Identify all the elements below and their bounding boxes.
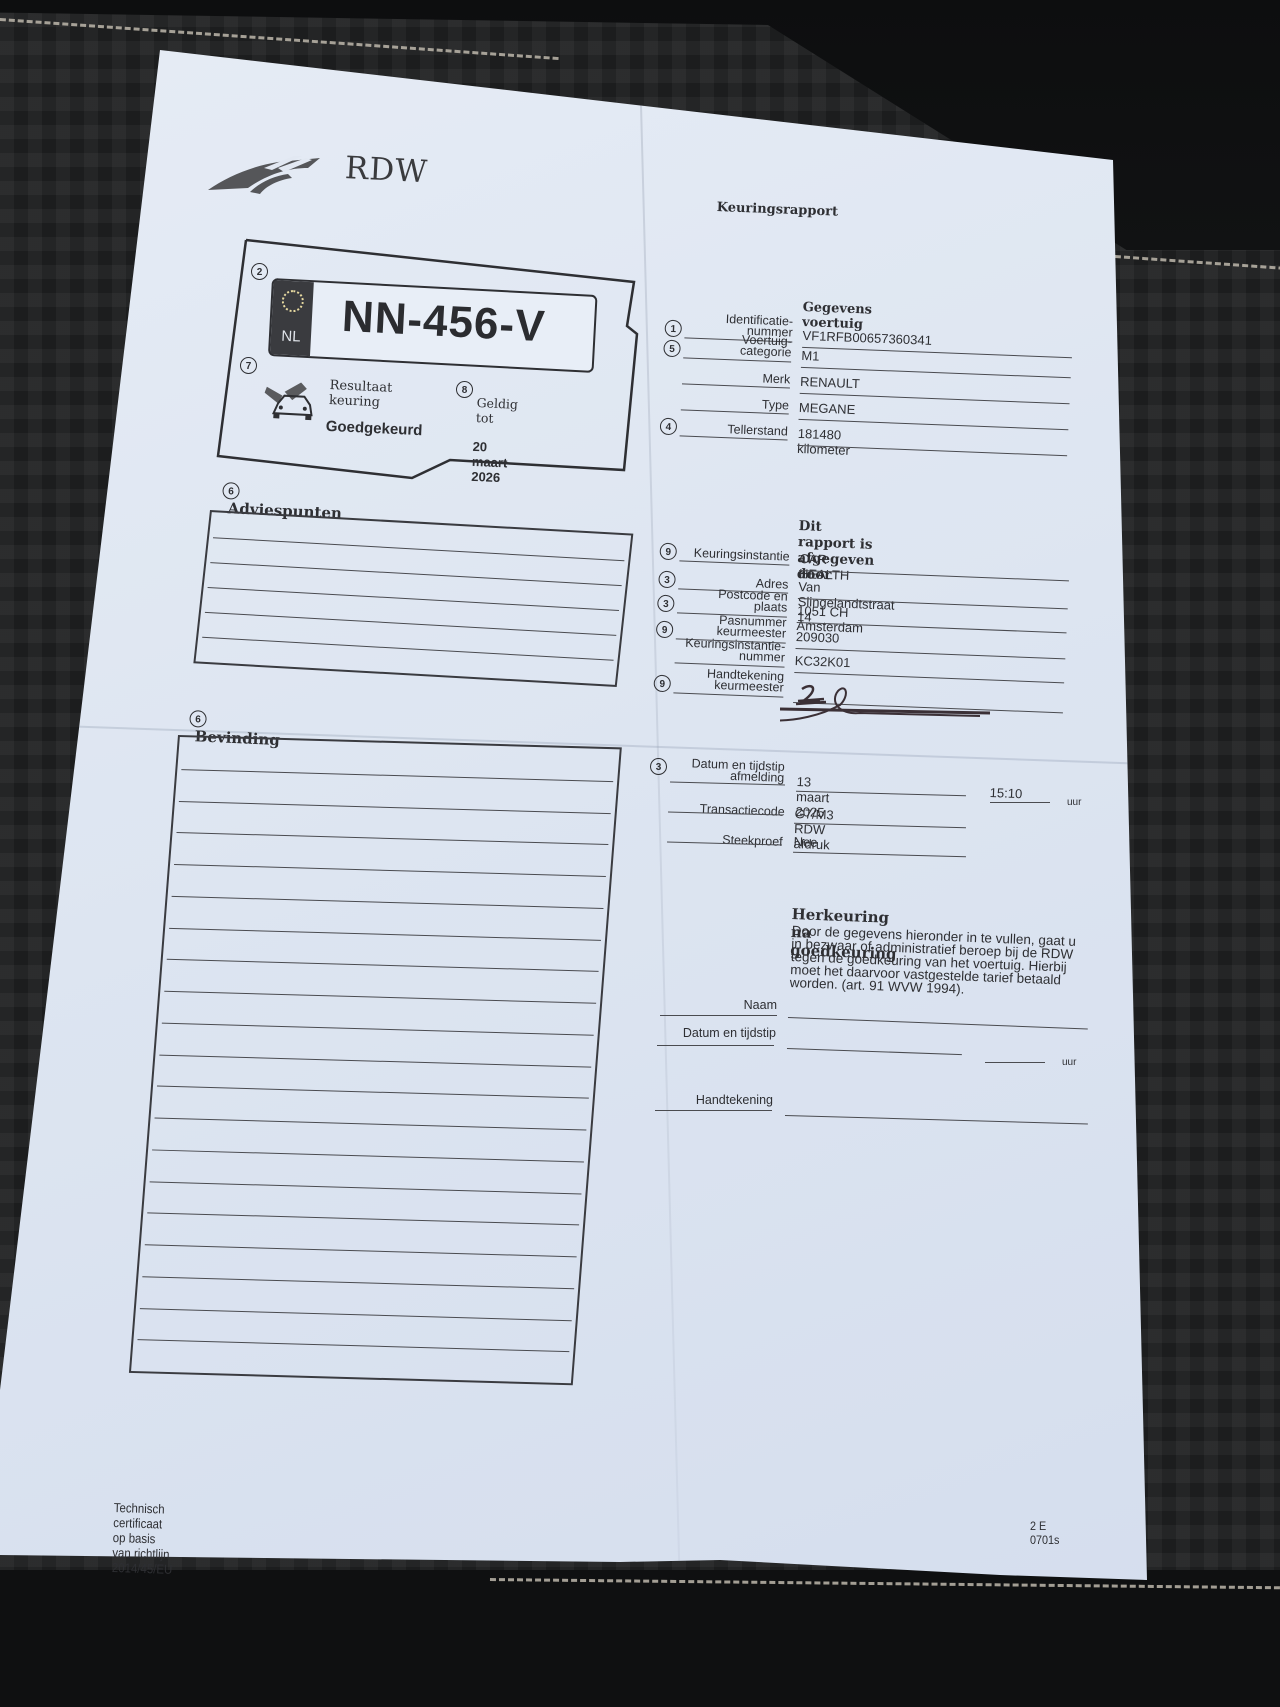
ruled-line — [176, 832, 608, 845]
field-label: Postcode enplaats — [667, 587, 788, 614]
field-value: 209030 — [796, 629, 840, 646]
ruled-line — [205, 612, 616, 636]
registration-time-value: 15:10 — [989, 785, 1022, 801]
summary-frame — [0, 0, 640, 500]
field-label: Voertuig-categorie — [673, 332, 792, 359]
field-label: Keuringsinstantie-nummer — [665, 637, 786, 664]
name-label: Naam — [660, 1000, 777, 1011]
car-approval-icon — [263, 381, 317, 429]
ruled-line — [140, 1308, 572, 1321]
eu-band: NL — [270, 280, 314, 356]
marker-valid: 8 — [456, 380, 473, 398]
field-underline — [657, 1045, 774, 1046]
time-unit: uur — [1062, 1057, 1076, 1068]
time-unit: uur — [1067, 797, 1081, 808]
ruled-line — [169, 927, 601, 940]
result-label: Resultaat keuring — [329, 378, 425, 412]
field-underline — [990, 802, 1050, 803]
ruled-line — [202, 637, 613, 661]
inspector-signature — [780, 683, 1000, 733]
marker-result: 7 — [240, 356, 257, 374]
ruled-line — [213, 537, 624, 561]
field-value: CAR HEALTH — [799, 551, 850, 583]
time-input-line[interactable] — [985, 1062, 1045, 1063]
ruled-line — [208, 587, 619, 611]
datetime-label: Datum en tijdstip — [650, 1028, 776, 1039]
ruled-line — [152, 1149, 584, 1162]
ruled-line — [174, 864, 606, 877]
ruled-line — [167, 959, 599, 972]
ruled-line — [155, 1117, 587, 1130]
sample-value: Nee — [793, 834, 817, 850]
country-code: NL — [271, 327, 312, 346]
ruled-line — [172, 896, 604, 909]
valid-until-label: Geldig tot — [476, 395, 519, 427]
signature-label: Handtekening — [655, 1095, 773, 1106]
ruled-line — [157, 1086, 589, 1099]
field-value: 181480 kilometer — [797, 426, 851, 458]
field-label: Handtekeningkeurmeester — [664, 667, 785, 694]
eu-stars-icon — [281, 290, 304, 313]
field-value: MEGANE — [799, 400, 856, 417]
ruled-line — [164, 991, 596, 1004]
ruled-line — [179, 801, 611, 814]
marker-plate: 2 — [251, 262, 268, 280]
ruled-line — [137, 1339, 569, 1352]
field-underline — [660, 1015, 777, 1016]
ruled-line — [181, 769, 613, 782]
field-value: M1 — [801, 348, 820, 364]
ruled-line — [145, 1244, 577, 1257]
ruled-line — [162, 1022, 594, 1035]
footer-directive: Technisch certificaat op basis van richt… — [112, 1500, 175, 1577]
field-value: RENAULT — [800, 374, 860, 391]
ruled-line — [159, 1054, 591, 1067]
advice-box[interactable] — [193, 510, 633, 687]
form-code: 2 E 0701s — [1030, 1519, 1059, 1547]
field-label: Pasnummerkeurmeester — [666, 613, 787, 640]
findings-box[interactable] — [129, 735, 622, 1385]
field-value: KC32K01 — [794, 653, 850, 670]
ruled-line — [147, 1213, 579, 1226]
ruled-line — [150, 1181, 582, 1194]
ruled-line — [210, 562, 621, 586]
license-plate-number: NN-456-V — [341, 292, 547, 353]
reinspection-text: Door de gegevens hieronder in te vullen,… — [790, 924, 1092, 1000]
valid-until-value: 20 maart 2026 — [471, 439, 516, 486]
ruled-line — [142, 1276, 574, 1289]
field-underline — [655, 1110, 772, 1111]
seat-cushion-edge — [0, 1570, 1280, 1707]
